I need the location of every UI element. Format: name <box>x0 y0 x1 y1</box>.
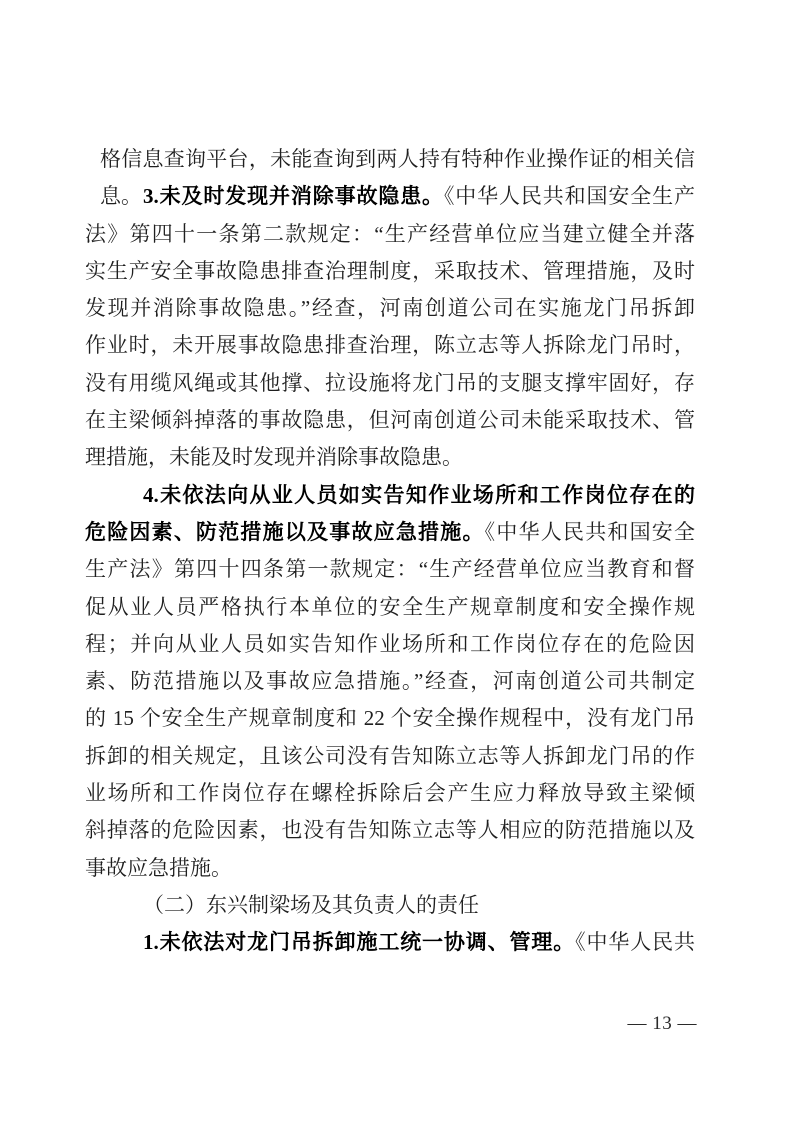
text-line: 3.未及时发现并消除事故隐患。《中华人民共和国安全生产 <box>85 178 695 215</box>
text-line: 在主梁倾斜掉落的事故隐患，但河南创道公司未能采取技术、管 <box>85 402 695 439</box>
text-segment: 素、防范措施以及事故应急措施。”经查，河南创道公司共制定 <box>85 669 695 693</box>
text-segment: 业场所和工作岗位存在螺栓拆除后会产生应力释放导致主梁倾 <box>85 781 695 805</box>
text-line: 的 15 个安全生产规章制度和 22 个安全操作规程中，没有龙门吊 <box>85 700 695 737</box>
bold-text-segment: 3.未及时发现并消除事故隐患。 <box>143 184 444 208</box>
text-line: 1.未依法对龙门吊拆卸施工统一协调、管理。《中华人民共 <box>85 924 695 961</box>
text-line: 斜掉落的危险因素，也没有告知陈立志等人相应的防范措施以及 <box>85 812 695 849</box>
text-line: 没有用缆风绳或其他撑、拉设施将龙门吊的支腿支撑牢固好，存 <box>85 365 695 402</box>
text-line: 法》第四十一条第二款规定：“生产经营单位应当建立健全并落 <box>85 216 695 253</box>
text-segment: 《中华人民共和国安全生产 <box>444 184 695 208</box>
text-line: 发现并消除事故隐患。”经查，河南创道公司在实施龙门吊拆卸 <box>85 290 695 327</box>
text-line: 拆卸的相关规定，且该公司没有告知陈立志等人拆卸龙门吊的作 <box>85 738 695 775</box>
text-segment: 的 15 个安全生产规章制度和 22 个安全操作规程中，没有龙门吊 <box>85 706 695 730</box>
text-segment: 作业时，未开展事故隐患排查治理，陈立志等人拆除龙门吊时， <box>85 333 695 357</box>
document-page: 格信息查询平台，未能查询到两人持有特种作业操作证的相关信息。3.未及时发现并消除… <box>0 0 793 1122</box>
document-body: 格信息查询平台，未能查询到两人持有特种作业操作证的相关信息。3.未及时发现并消除… <box>85 141 695 962</box>
text-line: 危险因素、防范措施以及事故应急措施。《中华人民共和国安全 <box>85 514 695 551</box>
text-segment: 实生产安全事故隐患排查治理制度，采取技术、管理措施，及时 <box>85 259 695 283</box>
text-segment: 《中华人民共和国安全 <box>485 520 695 544</box>
text-line: 素、防范措施以及事故应急措施。”经查，河南创道公司共制定 <box>85 663 695 700</box>
text-line: 生产法》第四十四条第一款规定：“生产经营单位应当教育和督 <box>85 551 695 588</box>
text-line: 事故应急措施。 <box>85 850 695 887</box>
text-segment: 促从业人员严格执行本单位的安全生产规章制度和安全操作规 <box>85 595 695 619</box>
bold-text-segment: 危险因素、防范措施以及事故应急措施。 <box>85 520 485 544</box>
text-line: （二）东兴制梁场及其负责人的责任 <box>85 887 695 924</box>
bold-text-segment: 4.未依法向从业人员如实告知作业场所和工作岗位存在的 <box>143 483 695 507</box>
text-segment: 拆卸的相关规定，且该公司没有告知陈立志等人拆卸龙门吊的作 <box>85 744 695 768</box>
text-line: 理措施，未能及时发现并消除事故隐患。 <box>85 439 695 476</box>
text-line: 实生产安全事故隐患排查治理制度，采取技术、管理措施，及时 <box>85 253 695 290</box>
text-segment: （二）东兴制梁场及其负责人的责任 <box>143 893 479 917</box>
text-line: 业场所和工作岗位存在螺栓拆除后会产生应力释放导致主梁倾 <box>85 775 695 812</box>
text-segment: 生产法》第四十四条第一款规定：“生产经营单位应当教育和督 <box>85 557 695 581</box>
text-segment: 事故应急措施。 <box>85 856 232 880</box>
text-segment: 《中华人民共 <box>575 930 695 954</box>
text-segment: 发现并消除事故隐患。”经查，河南创道公司在实施龙门吊拆卸 <box>85 296 695 320</box>
text-segment: 斜掉落的危险因素，也没有告知陈立志等人相应的防范措施以及 <box>85 818 695 842</box>
bold-text-segment: 1.未依法对龙门吊拆卸施工统一协调、管理。 <box>143 930 575 954</box>
text-segment: 没有用缆风绳或其他撑、拉设施将龙门吊的支腿支撑牢固好，存 <box>85 371 695 395</box>
page-number: — 13 — <box>0 1014 697 1034</box>
text-segment: 程；并向从业人员如实告知作业场所和工作岗位存在的危险因 <box>85 632 695 656</box>
text-segment: 在主梁倾斜掉落的事故隐患，但河南创道公司未能采取技术、管 <box>85 408 695 432</box>
text-line: 促从业人员严格执行本单位的安全生产规章制度和安全操作规 <box>85 589 695 626</box>
text-line: 作业时，未开展事故隐患排查治理，陈立志等人拆除龙门吊时， <box>85 327 695 364</box>
text-line: 格信息查询平台，未能查询到两人持有特种作业操作证的相关信息。 <box>85 141 695 178</box>
text-segment: 理措施，未能及时发现并消除事故隐患。 <box>85 445 463 469</box>
text-segment: 法》第四十一条第二款规定：“生产经营单位应当建立健全并落 <box>85 222 695 246</box>
text-line: 程；并向从业人员如实告知作业场所和工作岗位存在的危险因 <box>85 626 695 663</box>
text-line: 4.未依法向从业人员如实告知作业场所和工作岗位存在的 <box>85 477 695 514</box>
